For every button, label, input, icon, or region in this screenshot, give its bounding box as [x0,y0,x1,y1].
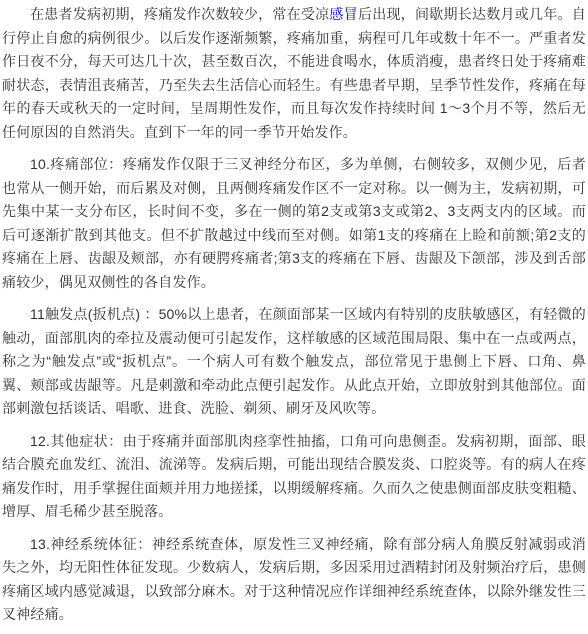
text-run: 12.其他症状：由于疼痛并面部肌肉痉挛性抽搐，口角可向患侧歪。发病初期，面部、眼… [2,433,586,520]
text-run: 11触发点(扳机点) ：50%以上患者，在颜面部某一区域内有特别的皮肤敏感区，有… [2,306,586,416]
paragraph-onset-course: 在患者发病初期，疼痛发作次数较少，常在受凉感冒后出现，间歇期长达数月或几年。自行… [2,3,586,144]
paragraph-item-11-trigger-points: 11触发点(扳机点) ：50%以上患者，在颜面部某一区域内有特别的皮肤敏感区，有… [2,303,586,421]
text-run: 10.疼痛部位：疼痛发作仅限于三叉神经分布区，多为单侧，右侧较多，双侧少见，后者… [2,156,586,290]
article-body: 在患者发病初期，疼痛发作次数较少，常在受凉感冒后出现，间歇期长达数月或几年。自行… [0,0,588,627]
text-run: 在患者发病初期，疼痛发作次数较少，常在受凉 [30,6,329,22]
text-run: 13.神经系统体征：神经系统查体，原发性三叉神经痛，除有部分病人角膜反射减弱或消… [2,536,586,623]
paragraph-item-10-pain-location: 10.疼痛部位：疼痛发作仅限于三叉神经分布区，多为单侧，右侧较多，双侧少见，后者… [2,153,586,294]
paragraph-item-12-other-symptoms: 12.其他症状：由于疼痛并面部肌肉痉挛性抽搐，口角可向患侧歪。发病初期，面部、眼… [2,430,586,524]
ganmao-link[interactable]: 感冒 [329,6,358,22]
text-run: 后出现，间歇期长达数月或几年。自行停止自愈的病例很少。以后发作逐渐频繁，疼痛加重… [2,6,586,140]
paragraph-item-13-nervous-system-signs: 13.神经系统体征：神经系统查体，原发性三叉神经痛，除有部分病人角膜反射减弱或消… [2,533,586,627]
